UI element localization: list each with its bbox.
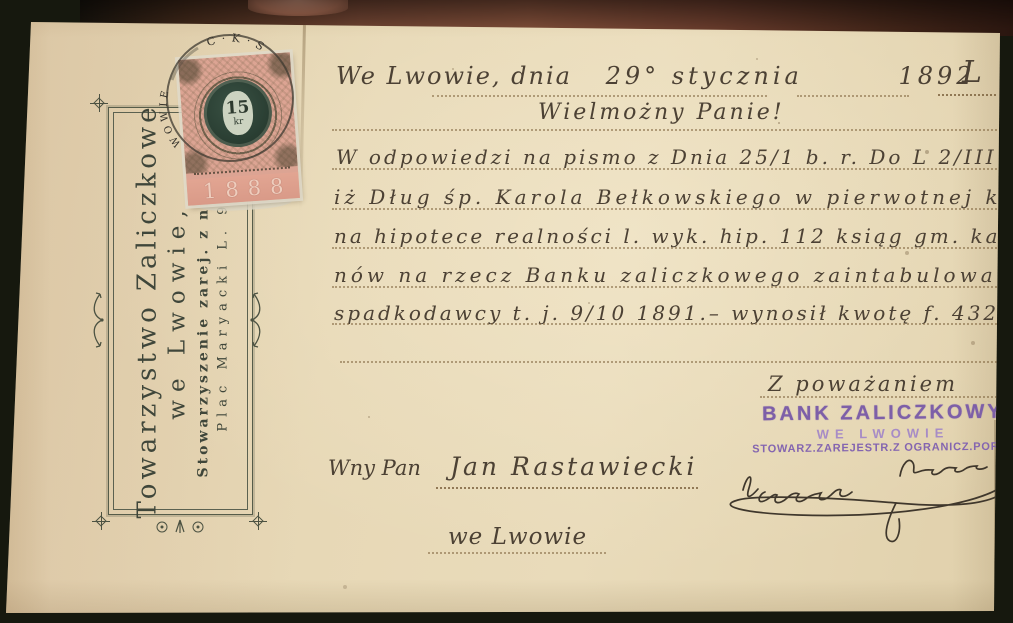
svg-text:C·K·S: C·K·S (205, 31, 271, 56)
closing: Z poważaniem (768, 372, 958, 396)
photo-of-document: Towarzystwo Zaliczkowe we Lwowie, Stowar… (0, 0, 1013, 623)
salutation: Wielmożny Panie! (538, 100, 785, 125)
body-line-1: W odpowiedzi na pismo z Dnia 25/1 b. r. … (336, 145, 997, 169)
date-line: We Lwowie, dnia 29° stycznia 1892 (336, 62, 976, 90)
body-line-3: na hipotece realności l. wyk. hip. 112 k… (334, 224, 1013, 248)
frame-corner-ornament-icon (90, 94, 108, 112)
reference-letter: L (962, 55, 982, 90)
body-line-5: spadkodawcy t. j. 9/10 1891.– wynosił kw… (334, 301, 1013, 325)
paper-stains (0, 0, 2, 2)
document-paper: Towarzystwo Zaliczkowe we Lwowie, Stowar… (0, 0, 1013, 623)
frame-corner-ornament-icon (92, 512, 110, 530)
letterhead-address: Plac Maryacki L. 9. (215, 190, 230, 431)
postmark-icon: C·K·S WOWIE (158, 28, 304, 174)
place-date-prefix: We Lwowie, dnia (336, 62, 572, 90)
body-line-4: nów na rzecz Banku zaliczkowego zaintabu… (334, 263, 1013, 287)
letterhead-city: we Lwowie, (164, 202, 190, 419)
bank-stamp-name: BANK ZALICZKOWY (752, 401, 1013, 427)
recipient-prefix: Wny Pan (328, 456, 421, 480)
bank-stamp-city: WE LWOWIE (752, 425, 1013, 443)
body-line-2: iż Dług śp. Karola Bełkowskiego w pierwo… (334, 185, 1013, 209)
date-written: 29° stycznia (606, 62, 803, 90)
postmark-arc-top-text: C·K·S (205, 31, 271, 56)
signature-scrawl (648, 448, 1013, 548)
stamp-year: 1888 (202, 173, 293, 203)
frame-corner-ornament-icon (249, 512, 267, 530)
recipient-city: we Lwowie (448, 524, 587, 550)
frame-side-flourish-icon (248, 284, 270, 356)
frame-side-flourish-icon (84, 284, 106, 356)
recipient-name: Jan Rastawiecki (450, 452, 697, 481)
frame-bottom-ornament-icon (152, 518, 208, 540)
letterhead-society-name: Towarzystwo Zaliczkowe (132, 103, 162, 518)
